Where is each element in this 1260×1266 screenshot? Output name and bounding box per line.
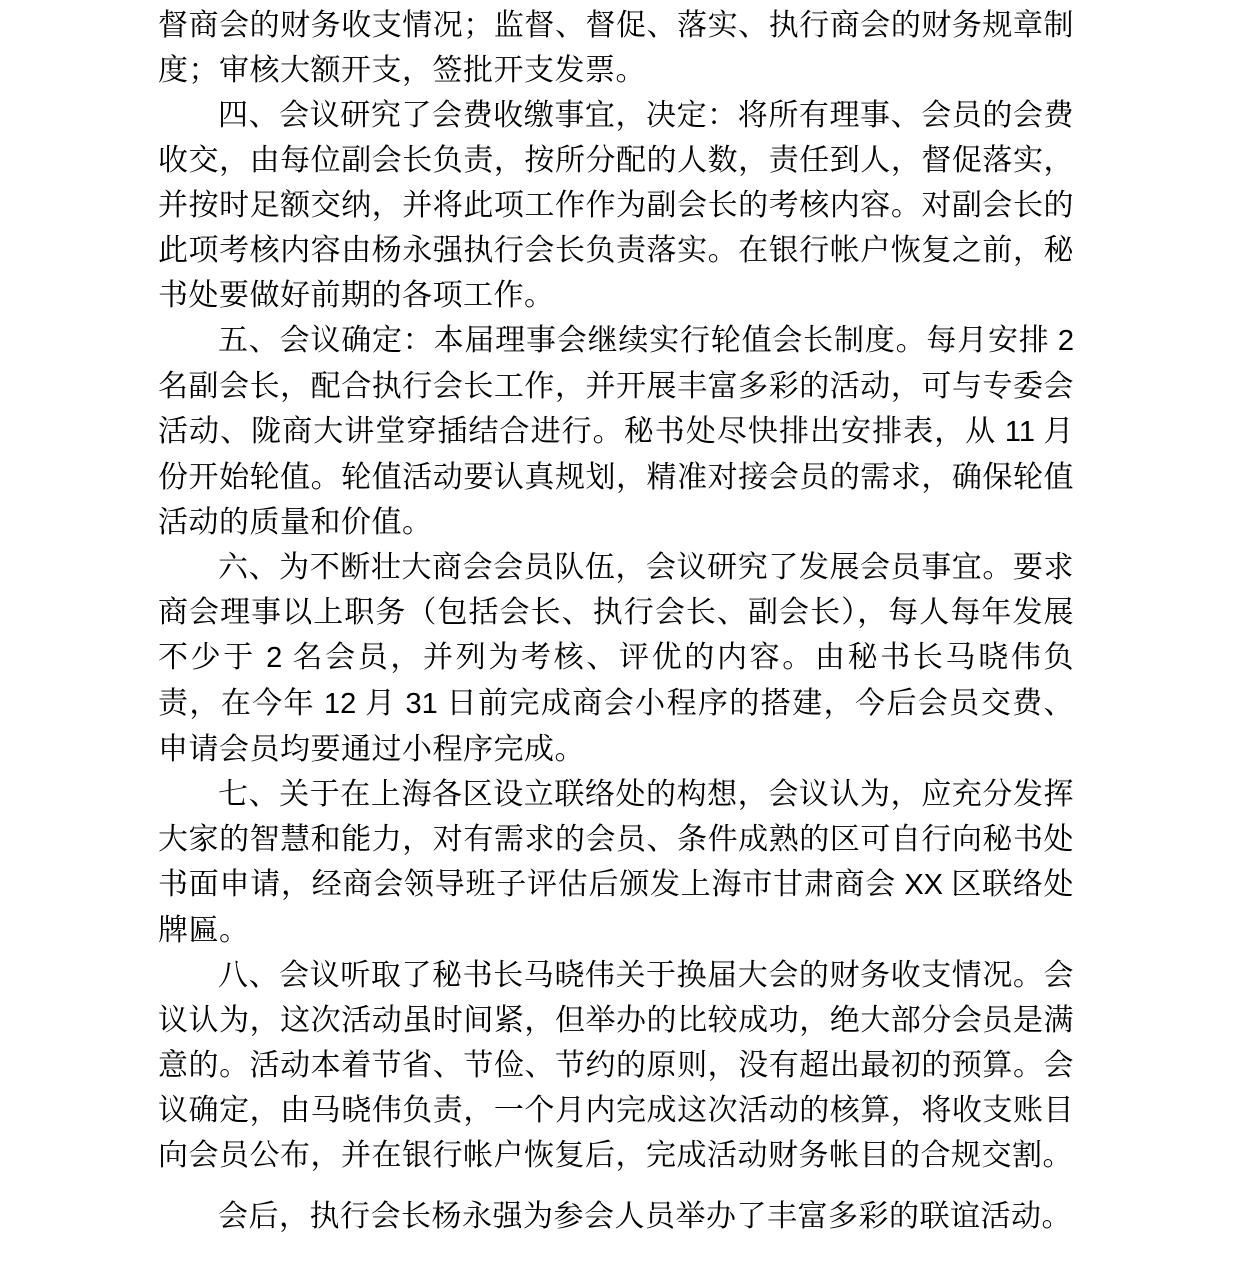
paragraph: 七、关于在上海各区设立联络处的构想，会议认为，应充分发挥大家的智慧和能力，对有需… xyxy=(158,772,1074,953)
latin-text: 2 xyxy=(266,642,282,674)
latin-text: 31 xyxy=(406,688,438,720)
latin-text: XX xyxy=(904,869,943,901)
paragraph: 五、会议确定：本届理事会继续实行轮值会长制度。每月安排 2 名副会长，配合执行会… xyxy=(158,318,1074,545)
paragraph: 四、会议研究了会费收缴事宜，决定：将所有理事、会员的会费收交，由每位副会长负责，… xyxy=(158,93,1074,318)
latin-text: 12 xyxy=(324,688,356,720)
paragraph: 八、会议听取了秘书长马晓伟关于换届大会的财务收支情况。会议认为，这次活动虽时间紧… xyxy=(158,953,1074,1178)
latin-text: 11 xyxy=(1005,416,1035,448)
latin-text: 2 xyxy=(1058,325,1074,357)
document-body: 督商会的财务收支情况；监督、督促、落实、执行商会的财务规章制度；审核大额开支，签… xyxy=(158,3,1074,1239)
document-page: 督商会的财务收支情况；监督、督促、落实、执行商会的财务规章制度；审核大额开支，签… xyxy=(0,0,1260,1266)
paragraph: 督商会的财务收支情况；监督、督促、落实、执行商会的财务规章制度；审核大额开支，签… xyxy=(158,3,1074,93)
paragraph: 六、为不断壮大商会会员队伍，会议研究了发展会员事宜。要求商会理事以上职务（包括会… xyxy=(158,545,1074,772)
paragraph: 会后，执行会长杨永强为参会人员举办了丰富多彩的联谊活动。 xyxy=(158,1194,1074,1239)
